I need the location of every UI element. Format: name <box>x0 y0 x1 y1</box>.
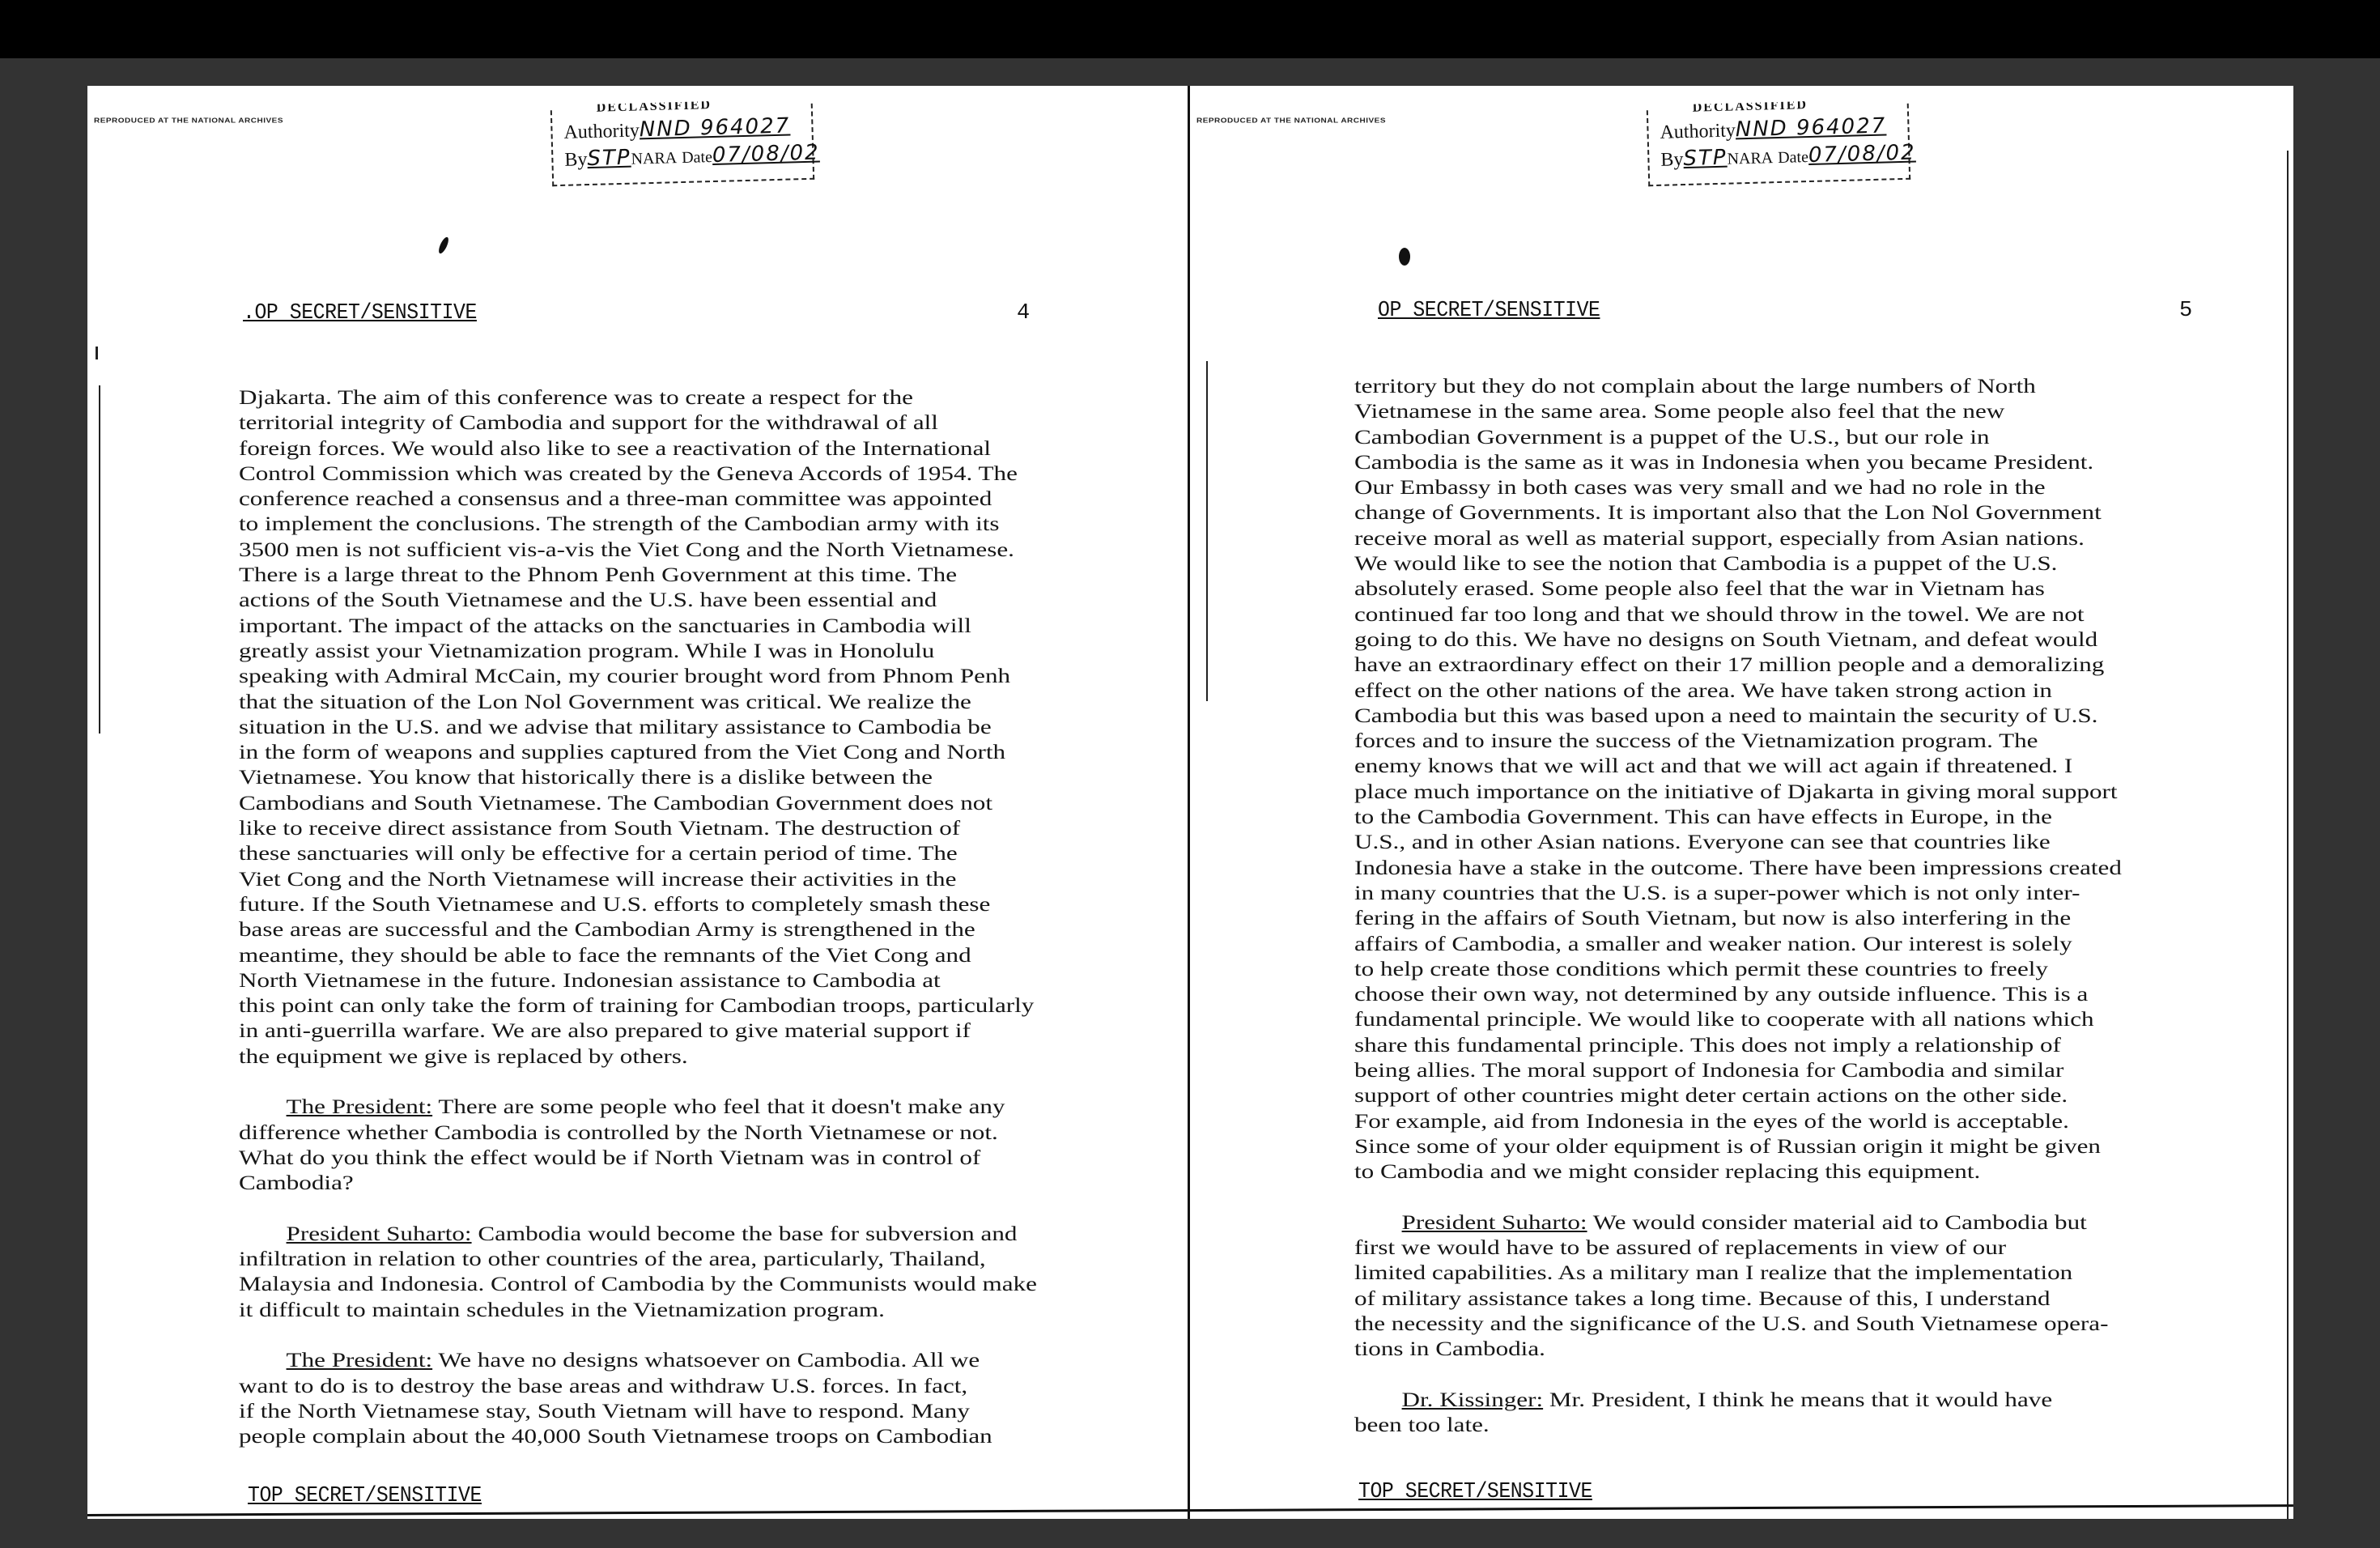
text-line: first we would have to be assured of rep… <box>1354 1235 2122 1260</box>
text-line: Vietnamese in the same area. Some people… <box>1354 398 2122 423</box>
text-line: territory but they do not complain about… <box>1354 373 2122 398</box>
stamp-header: DECLASSIFIED <box>1693 101 1808 113</box>
text-line: Indonesia have a stake in the outcome. T… <box>1354 855 2122 880</box>
document-spread: REPRODUCED AT THE NATIONAL ARCHIVES DECL… <box>87 86 2293 1519</box>
paragraph: The President: We have no designs whatso… <box>239 1347 893 1448</box>
archive-note: REPRODUCED AT THE NATIONAL ARCHIVES <box>1196 117 1386 125</box>
text-line: share this fundamental principle. This d… <box>1354 1032 2122 1057</box>
text-line: limited capabilities. As a military man … <box>1354 1260 2122 1285</box>
page-body: territory but they do not complain about… <box>1354 373 1983 1437</box>
text-line: Control Commission which was created by … <box>239 461 1037 486</box>
text-line: Djakarta. The aim of this conference was… <box>239 385 1037 410</box>
stamp-by-value: STP <box>587 146 631 171</box>
classification-footer: TOP SECRET/SENSITIVE <box>248 1484 482 1508</box>
scan-artifact <box>437 236 451 254</box>
text-line: to Cambodia and we might consider replac… <box>1354 1159 2122 1184</box>
page-body: Djakarta. The aim of this conference was… <box>239 385 893 1448</box>
text-line: actions of the South Vietnamese and the … <box>239 587 1037 612</box>
text-line: these sanctuaries will only be effective… <box>239 840 1037 865</box>
scan-artifact <box>96 347 98 359</box>
text-line: this point can only take the form of tra… <box>239 993 1037 1018</box>
text-line: Cambodia is the same as it was in Indone… <box>1354 449 2122 474</box>
text-line: Viet Cong and the North Vietnamese will … <box>239 866 1037 891</box>
text-line: greatly assist your Vietnamization progr… <box>239 638 1037 663</box>
text-line: place much importance on the initiative … <box>1354 779 2122 804</box>
declassification-stamp: DECLASSIFIED AuthorityNND 964027 BySTPNA… <box>1647 104 1910 186</box>
text-line: Cambodians and South Vietnamese. The Cam… <box>239 790 1037 815</box>
stamp-by-value: STP <box>1683 146 1728 171</box>
stamp-authority-row: AuthorityNND 964027 <box>563 114 790 144</box>
text-line: receive moral as well as material suppor… <box>1354 525 2122 551</box>
classification-footer: TOP SECRET/SENSITIVE <box>1358 1480 1592 1504</box>
text-line: if the North Vietnamese stay, South Viet… <box>239 1398 1037 1423</box>
text-line: want to do is to destroy the base areas … <box>239 1373 1037 1398</box>
speaker-label: Dr. Kissinger: <box>1402 1388 1544 1411</box>
page-number: 4 <box>1017 301 1030 325</box>
text-line: being allies. The moral support of Indon… <box>1354 1057 2122 1082</box>
stamp-authority-value: NND 964027 <box>1735 114 1886 142</box>
text-line: in anti-guerrilla warfare. We are also p… <box>239 1018 1037 1043</box>
text-line: Cambodian Government is a puppet of the … <box>1354 424 2122 449</box>
text-line: fering in the affairs of South Vietnam, … <box>1354 905 2122 930</box>
text-line: been too late. <box>1354 1412 2122 1437</box>
text-line: continued far too long and that we shoul… <box>1354 602 2122 627</box>
classification-header: .OP SECRET/SENSITIVE <box>243 301 477 325</box>
scan-artifact <box>1206 361 1208 701</box>
paragraph: territory but they do not complain about… <box>1354 373 1983 1184</box>
paragraph: President Suharto: We would consider mat… <box>1354 1210 1983 1362</box>
speaker-label: The President: <box>287 1095 433 1118</box>
text-line: President Suharto: We would consider mat… <box>1354 1210 2122 1235</box>
text-line: Our Embassy in both cases was very small… <box>1354 474 2122 500</box>
paragraph: Djakarta. The aim of this conference was… <box>239 385 893 1069</box>
classification-header: OP SECRET/SENSITIVE <box>1378 299 1600 323</box>
text-line: in the form of weapons and supplies capt… <box>239 739 1037 764</box>
text-line: of military assistance takes a long time… <box>1354 1286 2122 1311</box>
stamp-by-row: BySTPNARA Date07/08/02 <box>564 141 820 172</box>
text-line: absolutely erased. Some people also feel… <box>1354 576 2122 601</box>
text-line: The President: There are some people who… <box>239 1094 1037 1119</box>
text-line: tions in Cambodia. <box>1354 1336 2122 1361</box>
text-line: For example, aid from Indonesia in the e… <box>1354 1108 2122 1133</box>
text-line: it difficult to maintain schedules in th… <box>239 1297 1037 1322</box>
stamp-authority-row: AuthorityNND 964027 <box>1660 114 1886 144</box>
text-line: 3500 men is not sufficient vis-a-vis the… <box>239 537 1037 562</box>
page-4: REPRODUCED AT THE NATIONAL ARCHIVES DECL… <box>87 86 1188 1519</box>
text-line: base areas are successful and the Cambod… <box>239 916 1037 942</box>
speaker-label: President Suharto: <box>287 1222 472 1245</box>
text-line: situation in the U.S. and we advise that… <box>239 714 1037 739</box>
text-line: Malaysia and Indonesia. Control of Cambo… <box>239 1271 1037 1296</box>
page-edge-line <box>2287 151 2289 1519</box>
text-line: people complain about the 40,000 South V… <box>239 1423 1037 1448</box>
text-line: infiltration in relation to other countr… <box>239 1246 1037 1271</box>
declassification-stamp: DECLASSIFIED AuthorityNND 964027 BySTPNA… <box>550 104 814 186</box>
paragraph: Dr. Kissinger: Mr. President, I think he… <box>1354 1387 1983 1438</box>
text-line: enemy knows that we will act and that we… <box>1354 753 2122 778</box>
text-line: The President: We have no designs whatso… <box>239 1347 1037 1372</box>
text-line: What do you think the effect would be if… <box>239 1145 1037 1170</box>
stamp-authority-value: NND 964027 <box>639 114 790 142</box>
text-line: North Vietnamese in the future. Indonesi… <box>239 967 1037 993</box>
text-line: U.S., and in other Asian nations. Everyo… <box>1354 829 2122 854</box>
text-line: important. The impact of the attacks on … <box>239 613 1037 638</box>
text-line: foreign forces. We would also like to se… <box>239 436 1037 461</box>
text-line: Vietnamese. You know that historically t… <box>239 764 1037 789</box>
text-line: that the situation of the Lon Nol Govern… <box>239 689 1037 714</box>
text-line: support of other countries might deter c… <box>1354 1082 2122 1108</box>
stamp-header: DECLASSIFIED <box>597 101 712 113</box>
paragraph: The President: There are some people who… <box>239 1094 893 1195</box>
text-line: Cambodia? <box>239 1170 1037 1195</box>
page-number: 5 <box>2179 299 2192 323</box>
speaker-label: President Suharto: <box>1402 1210 1587 1234</box>
viewer-top-bar <box>0 0 2380 58</box>
scan-artifact <box>99 385 100 734</box>
text-line: conference reached a consensus and a thr… <box>239 486 1037 511</box>
page-5: REPRODUCED AT THE NATIONAL ARCHIVES DECL… <box>1188 86 2296 1519</box>
text-line: the equipment we give is replaced by oth… <box>239 1044 1037 1069</box>
text-line: fundamental principle. We would like to … <box>1354 1006 2122 1031</box>
text-line: in many countries that the U.S. is a sup… <box>1354 880 2122 905</box>
text-line: forces and to insure the success of the … <box>1354 728 2122 753</box>
text-line: difference whether Cambodia is controlle… <box>239 1120 1037 1145</box>
text-line: future. If the South Vietnamese and U.S.… <box>239 891 1037 916</box>
text-line: territorial integrity of Cambodia and su… <box>239 410 1037 435</box>
text-line: the necessity and the significance of th… <box>1354 1311 2122 1336</box>
text-line: have an extraordinary effect on their 17… <box>1354 652 2122 677</box>
text-line: effect on the other nations of the area.… <box>1354 678 2122 703</box>
stamp-date-value: 07/08/02 <box>712 141 820 168</box>
text-line: meantime, they should be able to face th… <box>239 942 1037 967</box>
speaker-label: The President: <box>287 1348 433 1372</box>
text-line: Since some of your older equipment is of… <box>1354 1133 2122 1159</box>
paragraph: President Suharto: Cambodia would become… <box>239 1221 893 1322</box>
text-line: President Suharto: Cambodia would become… <box>239 1221 1037 1246</box>
text-line: change of Governments. It is important a… <box>1354 500 2122 525</box>
text-line: affairs of Cambodia, a smaller and weake… <box>1354 931 2122 956</box>
text-line: to implement the conclusions. The streng… <box>239 511 1037 536</box>
scan-artifact <box>1399 248 1410 266</box>
text-line: We would like to see the notion that Cam… <box>1354 551 2122 576</box>
text-line: speaking with Admiral McCain, my courier… <box>239 663 1037 688</box>
text-line: to help create those conditions which pe… <box>1354 956 2122 981</box>
text-line: to the Cambodia Government. This can hav… <box>1354 804 2122 829</box>
text-line: Dr. Kissinger: Mr. President, I think he… <box>1354 1387 2122 1412</box>
archive-note: REPRODUCED AT THE NATIONAL ARCHIVES <box>94 117 283 125</box>
stamp-date-value: 07/08/02 <box>1808 141 1916 168</box>
text-line: Cambodia but this was based upon a need … <box>1354 703 2122 728</box>
text-line: going to do this. We have no designs on … <box>1354 627 2122 652</box>
text-line: like to receive direct assistance from S… <box>239 815 1037 840</box>
text-line: choose their own way, not determined by … <box>1354 981 2122 1006</box>
stamp-by-row: BySTPNARA Date07/08/02 <box>1660 141 1916 172</box>
text-line: There is a large threat to the Phnom Pen… <box>239 562 1037 587</box>
